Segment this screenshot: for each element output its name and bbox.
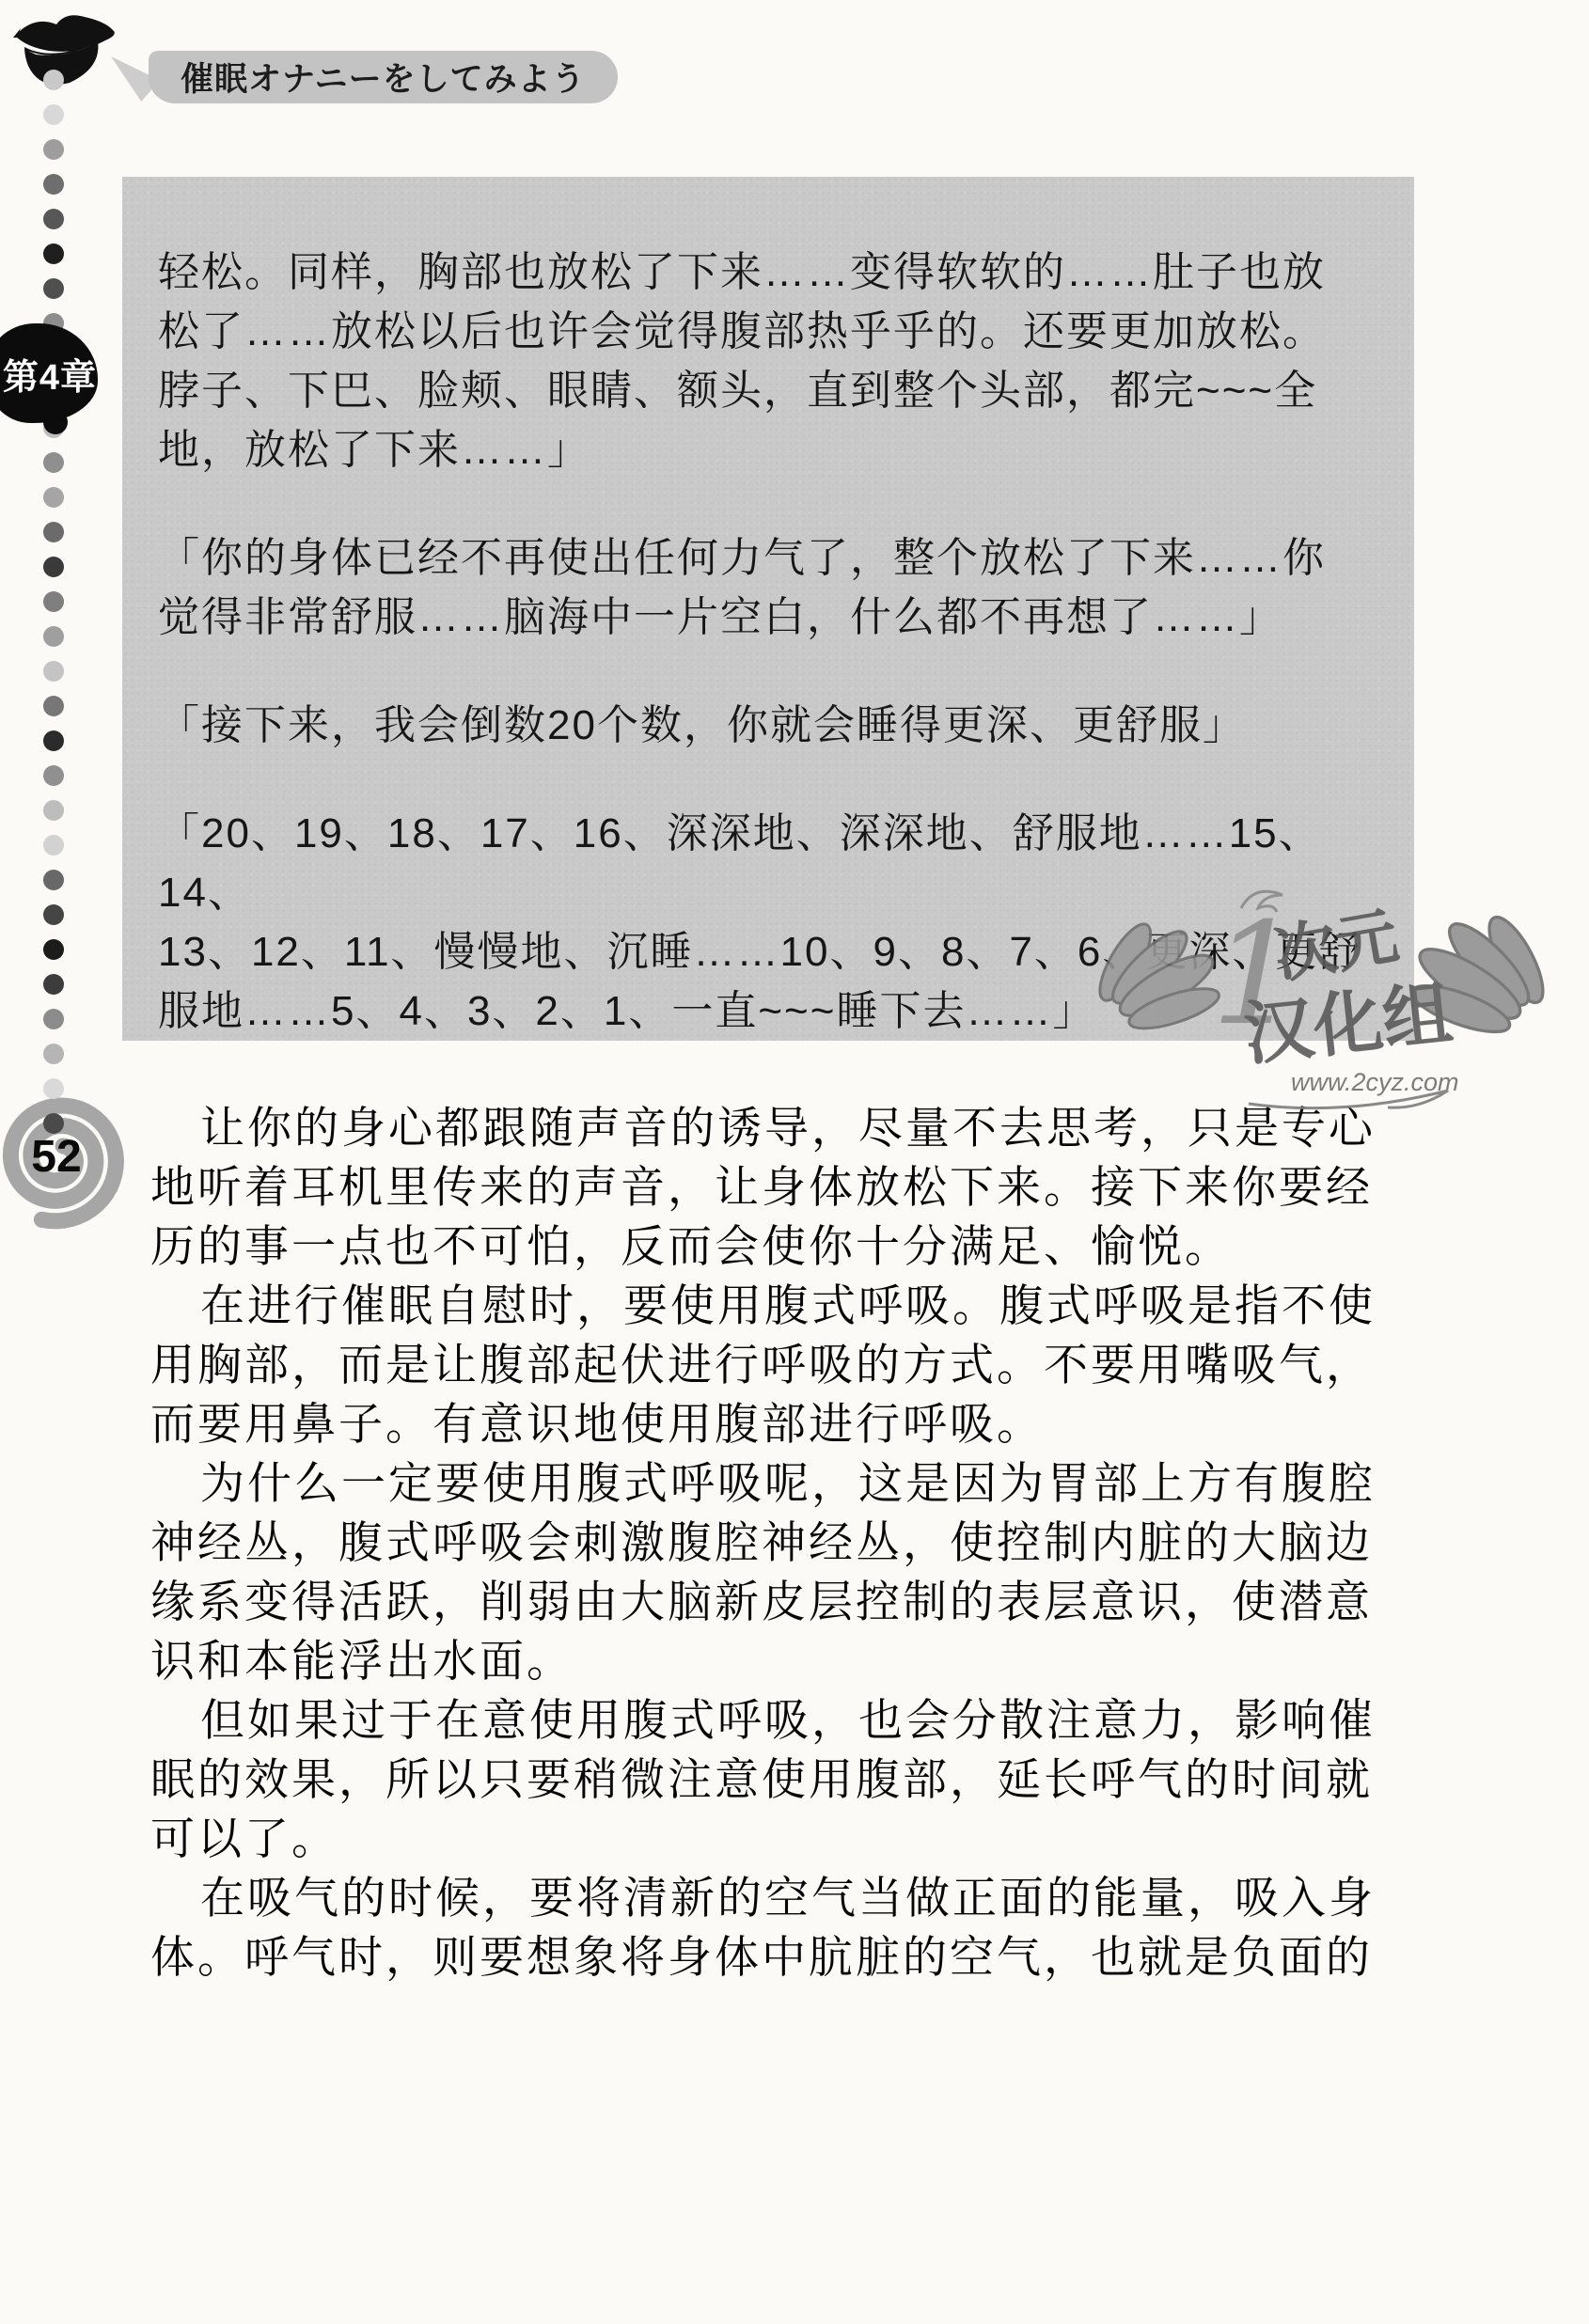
script-paragraph: 「接下来，我会倒数20个数，你就会睡得更深、更舒服」: [158, 696, 1377, 755]
rail-dot: [43, 730, 64, 751]
lips-icon: [8, 9, 122, 100]
rail-dot: [43, 835, 64, 856]
rail-dot: [43, 800, 64, 821]
chapter-banner-label: 催眠オナニーをしてみよう: [181, 54, 586, 101]
body-text: 让你的身心都跟随声音的诱导，尽量不去思考，只是专心 地听着耳机里传来的声音，让身…: [150, 1098, 1457, 1986]
rail-dot: [43, 522, 64, 542]
rail-dot: [43, 1078, 64, 1099]
translator-watermark: 1 次元 汉化组 www.2cyz.com: [1098, 874, 1559, 1119]
rail-dot: [43, 209, 64, 229]
rail-dot: [43, 904, 64, 925]
chapter-banner: 催眠オナニーをしてみよう: [149, 51, 618, 103]
chapter-tab: 第4章: [0, 323, 98, 423]
rail-dot: [43, 70, 64, 90]
spiral-page-number-icon: 52: [0, 1081, 135, 1235]
rail-dot: [43, 1044, 64, 1064]
rail-dot: [43, 1113, 64, 1134]
rail-dot: [43, 452, 64, 473]
body-paragraph: 在进行催眠自慰时，要使用腹式呼吸。腹式呼吸是指不使 用胸部，而是让腹部起伏进行呼…: [150, 1276, 1457, 1453]
body-paragraph: 为什么一定要使用腹式呼吸呢，这是因为胃部上方有腹腔 神经丛，腹式呼吸会刺激腹腔神…: [150, 1453, 1457, 1690]
script-paragraph: 「你的身体已经不再使出任何力气了，整个放松了下来……你 觉得非常舒服……脑海中一…: [158, 528, 1377, 647]
watermark-url: www.2cyz.com: [1291, 1068, 1459, 1096]
rail-dot: [43, 557, 64, 577]
body-paragraph: 在吸气的时候，要将清新的空气当做正面的能量，吸入身 体。呼气时，则要想象将身体中…: [150, 1868, 1457, 1986]
rail-dot: [43, 870, 64, 890]
rail-dot: [43, 104, 64, 125]
body-paragraph: 但如果过于在意使用腹式呼吸，也会分散注意力，影响催 眠的效果，所以只要稍微注意使…: [150, 1690, 1457, 1868]
rail-dot: [43, 661, 64, 682]
rail-dot: [43, 174, 64, 195]
chapter-tab-label: 第4章: [0, 348, 97, 400]
rail-dot: [43, 974, 64, 995]
rail-dot: [43, 487, 64, 508]
rail-dot: [43, 765, 64, 786]
body-paragraph: 让你的身心都跟随声音的诱导，尽量不去思考，只是专心 地听着耳机里传来的声音，让身…: [150, 1098, 1457, 1276]
rail-dot: [43, 1009, 64, 1029]
rail-dot: [43, 243, 64, 264]
rail-dot: [43, 591, 64, 612]
rail-dot: [43, 139, 64, 160]
page-number: 52: [31, 1132, 81, 1182]
rail-dot: [43, 939, 64, 960]
script-paragraph: 轻松。同样，胸部也放松了下来……变得软软的……肚子也放 松了……放松以后也许会觉…: [158, 243, 1377, 479]
rail-dot: [43, 696, 64, 716]
rail-dot: [43, 278, 64, 299]
rail-dot: [43, 626, 64, 647]
